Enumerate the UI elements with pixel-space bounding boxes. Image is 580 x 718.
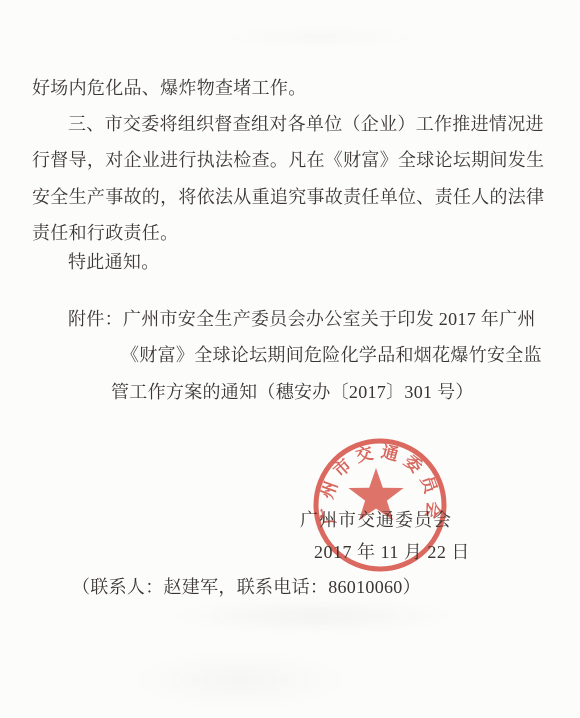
scan-artifact [220,28,420,46]
attachment-line-3: 管工作方案的通知（穗安办〔2017〕301 号） [111,381,474,403]
body-line-5: 责任和行政责任。 [32,222,178,244]
issue-date: 2017 年 11 月 22 日 [314,541,470,563]
body-line-6: 特此通知。 [68,251,160,273]
body-line-4: 安全生产事故的，将依法从重追究事故责任单位、责任人的法律 [32,186,544,208]
attachment-line-2: 《财富》全球论坛期间危险化学品和烟花爆竹安全监 [121,344,542,366]
scanned-document-page: 好场内危化品、爆炸物查堵工作。 三、市交委将组织督查组对各单位（企业）工作推进情… [0,0,580,718]
body-line-3: 行督导，对企业进行执法检查。凡在《财富》全球论坛期间发生 [32,149,544,171]
body-line-1: 好场内危化品、爆炸物查堵工作。 [32,77,307,99]
scan-artifact [170,598,460,634]
attachment-line-1: 附件：广州市安全生产委员会办公室关于印发 2017 年广州 [68,308,536,330]
body-line-2: 三、市交委将组织督查组对各单位（企业）工作推进情况进 [68,113,544,135]
scan-artifact [130,650,350,710]
contact-line: （联系人：赵建军，联系电话：86010060） [72,576,421,598]
issuer-signature: 广州市交通委员会 [300,509,452,531]
